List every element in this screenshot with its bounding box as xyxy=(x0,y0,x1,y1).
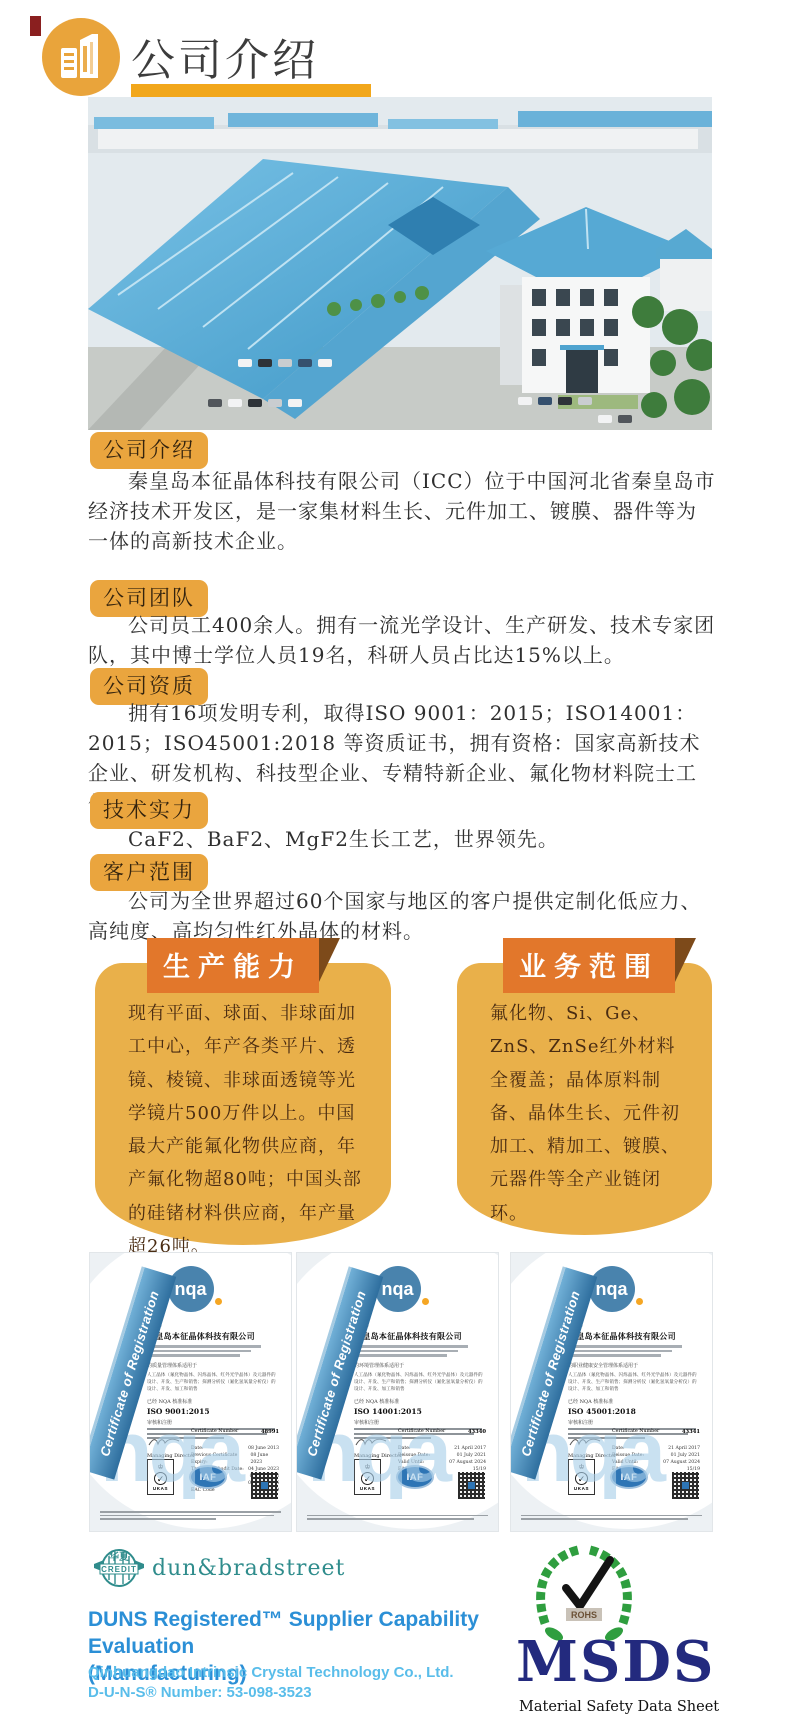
production-capacity-capsule: 生产能力 现有平面、球面、非球面加工中心，年产各类平片、透镜、棱镜、非球面透镜等… xyxy=(95,963,391,1245)
certificate-iso14001: Certificate of Registration nqa 兹证明 秦皇岛本… xyxy=(297,1253,498,1531)
certificate-intro: 兹证明 xyxy=(147,1321,280,1328)
section-text-customer-range: 公司为全世界超过60个国家与地区的客户提供定制化低应力、高纯度、高均匀性红外晶体… xyxy=(88,886,716,946)
msds-text: MSDS xyxy=(516,1632,715,1694)
company-intro-page: 公司介绍 xyxy=(0,0,800,1726)
certificate-scope: 人工晶体（氟化物晶体、闪烁晶体、红外光学晶体）及元器件的设计、开发、生产和销售；… xyxy=(354,1372,487,1393)
nqa-logo: nqa xyxy=(375,1266,421,1312)
section-text-company-intro: 秦皇岛本征晶体科技有限公司（ICC）位于中国河北省秦皇岛市经济技术开发区，是一家… xyxy=(88,466,716,556)
certificate-scope-label: 的职业健康安全管理体系适用于 xyxy=(568,1362,701,1369)
certificate-fine-print xyxy=(307,1513,488,1522)
fold-corner xyxy=(675,938,696,982)
dun-bradstreet-logo-text: dun&bradstreet xyxy=(152,1556,345,1581)
svg-text:华夏: 华夏 xyxy=(109,1550,129,1563)
page-title: 公司介绍 xyxy=(131,24,319,88)
certificate-intro: 兹证明 xyxy=(354,1321,487,1328)
section-label-company-intro: 公司介绍 xyxy=(90,432,208,469)
huaxia-credit-logo: 华夏 CREDIT xyxy=(92,1546,146,1597)
certificate-scope-label: 的质量管理体系适用于 xyxy=(147,1362,280,1369)
certificate-iso45001: Certificate of Registration nqa 兹证明 秦皇岛本… xyxy=(511,1253,712,1531)
msds-caption: Material Safety Data Sheet xyxy=(519,1699,719,1715)
section-text-technical-strength: CaF2、BaF2、MgF2生长工艺，世界领先。 xyxy=(88,824,716,854)
certificate-iso9001: Certificate of Registration nqa 兹证明 秦皇岛本… xyxy=(90,1253,291,1531)
production-capacity-title: 生产能力 xyxy=(147,938,319,993)
qr-code xyxy=(458,1472,485,1499)
section-text-company-team: 公司员工400余人。拥有一流光学设计、生产研发、技术专家团队，其中博士学位人员1… xyxy=(88,610,716,670)
production-capacity-text: 现有平面、球面、非球面加工中心，年产各类平片、透镜、棱镜、非球面透镜等光学镜片5… xyxy=(128,997,366,1263)
title-underline xyxy=(131,84,371,97)
duns-number: D-U-N-S® Number: 53-098-3523 xyxy=(88,1684,312,1701)
building-icon xyxy=(42,18,120,96)
corner-mark xyxy=(30,16,41,36)
fold-corner xyxy=(319,938,340,982)
certificate-intro: 兹证明 xyxy=(568,1321,701,1328)
qr-code xyxy=(672,1472,699,1499)
qr-code xyxy=(251,1472,278,1499)
business-scope-title: 业务范围 xyxy=(503,938,675,993)
certificate-fine-print xyxy=(521,1513,702,1522)
nqa-logo: nqa xyxy=(589,1266,635,1312)
nqa-logo: nqa xyxy=(168,1266,214,1312)
certificate-company: 秦皇岛本征晶体科技有限公司 xyxy=(147,1331,280,1342)
certificate-scope: 人工晶体（氟化物晶体、闪烁晶体、红外光学晶体）及元器件的设计、开发、生产和销售；… xyxy=(568,1372,701,1393)
svg-text:CREDIT: CREDIT xyxy=(101,1565,137,1574)
factory-aerial-photo xyxy=(88,97,712,430)
certificate-fine-print xyxy=(100,1509,281,1522)
business-scope-text: 氟化物、Si、Ge、ZnS、ZnSe红外材料全覆盖；晶体原料制备、晶体生长、元件… xyxy=(490,997,687,1230)
certificate-company: 秦皇岛本征晶体科技有限公司 xyxy=(354,1331,487,1342)
certificate-scope-label: 的环境管理体系适用于 xyxy=(354,1362,487,1369)
certificate-scope: 人工晶体（氟化物晶体、闪烁晶体、红外光学晶体）及元器件的设计、开发、生产和销售；… xyxy=(147,1372,280,1393)
rohs-label: ROHS xyxy=(571,1610,597,1620)
company-name-english: Qinhuangdao Intrinsic Crystal Technology… xyxy=(88,1664,454,1681)
business-scope-capsule: 业务范围 氟化物、Si、Ge、ZnS、ZnSe红外材料全覆盖；晶体原料制备、晶体… xyxy=(457,963,712,1235)
certificate-company: 秦皇岛本征晶体科技有限公司 xyxy=(568,1331,701,1342)
